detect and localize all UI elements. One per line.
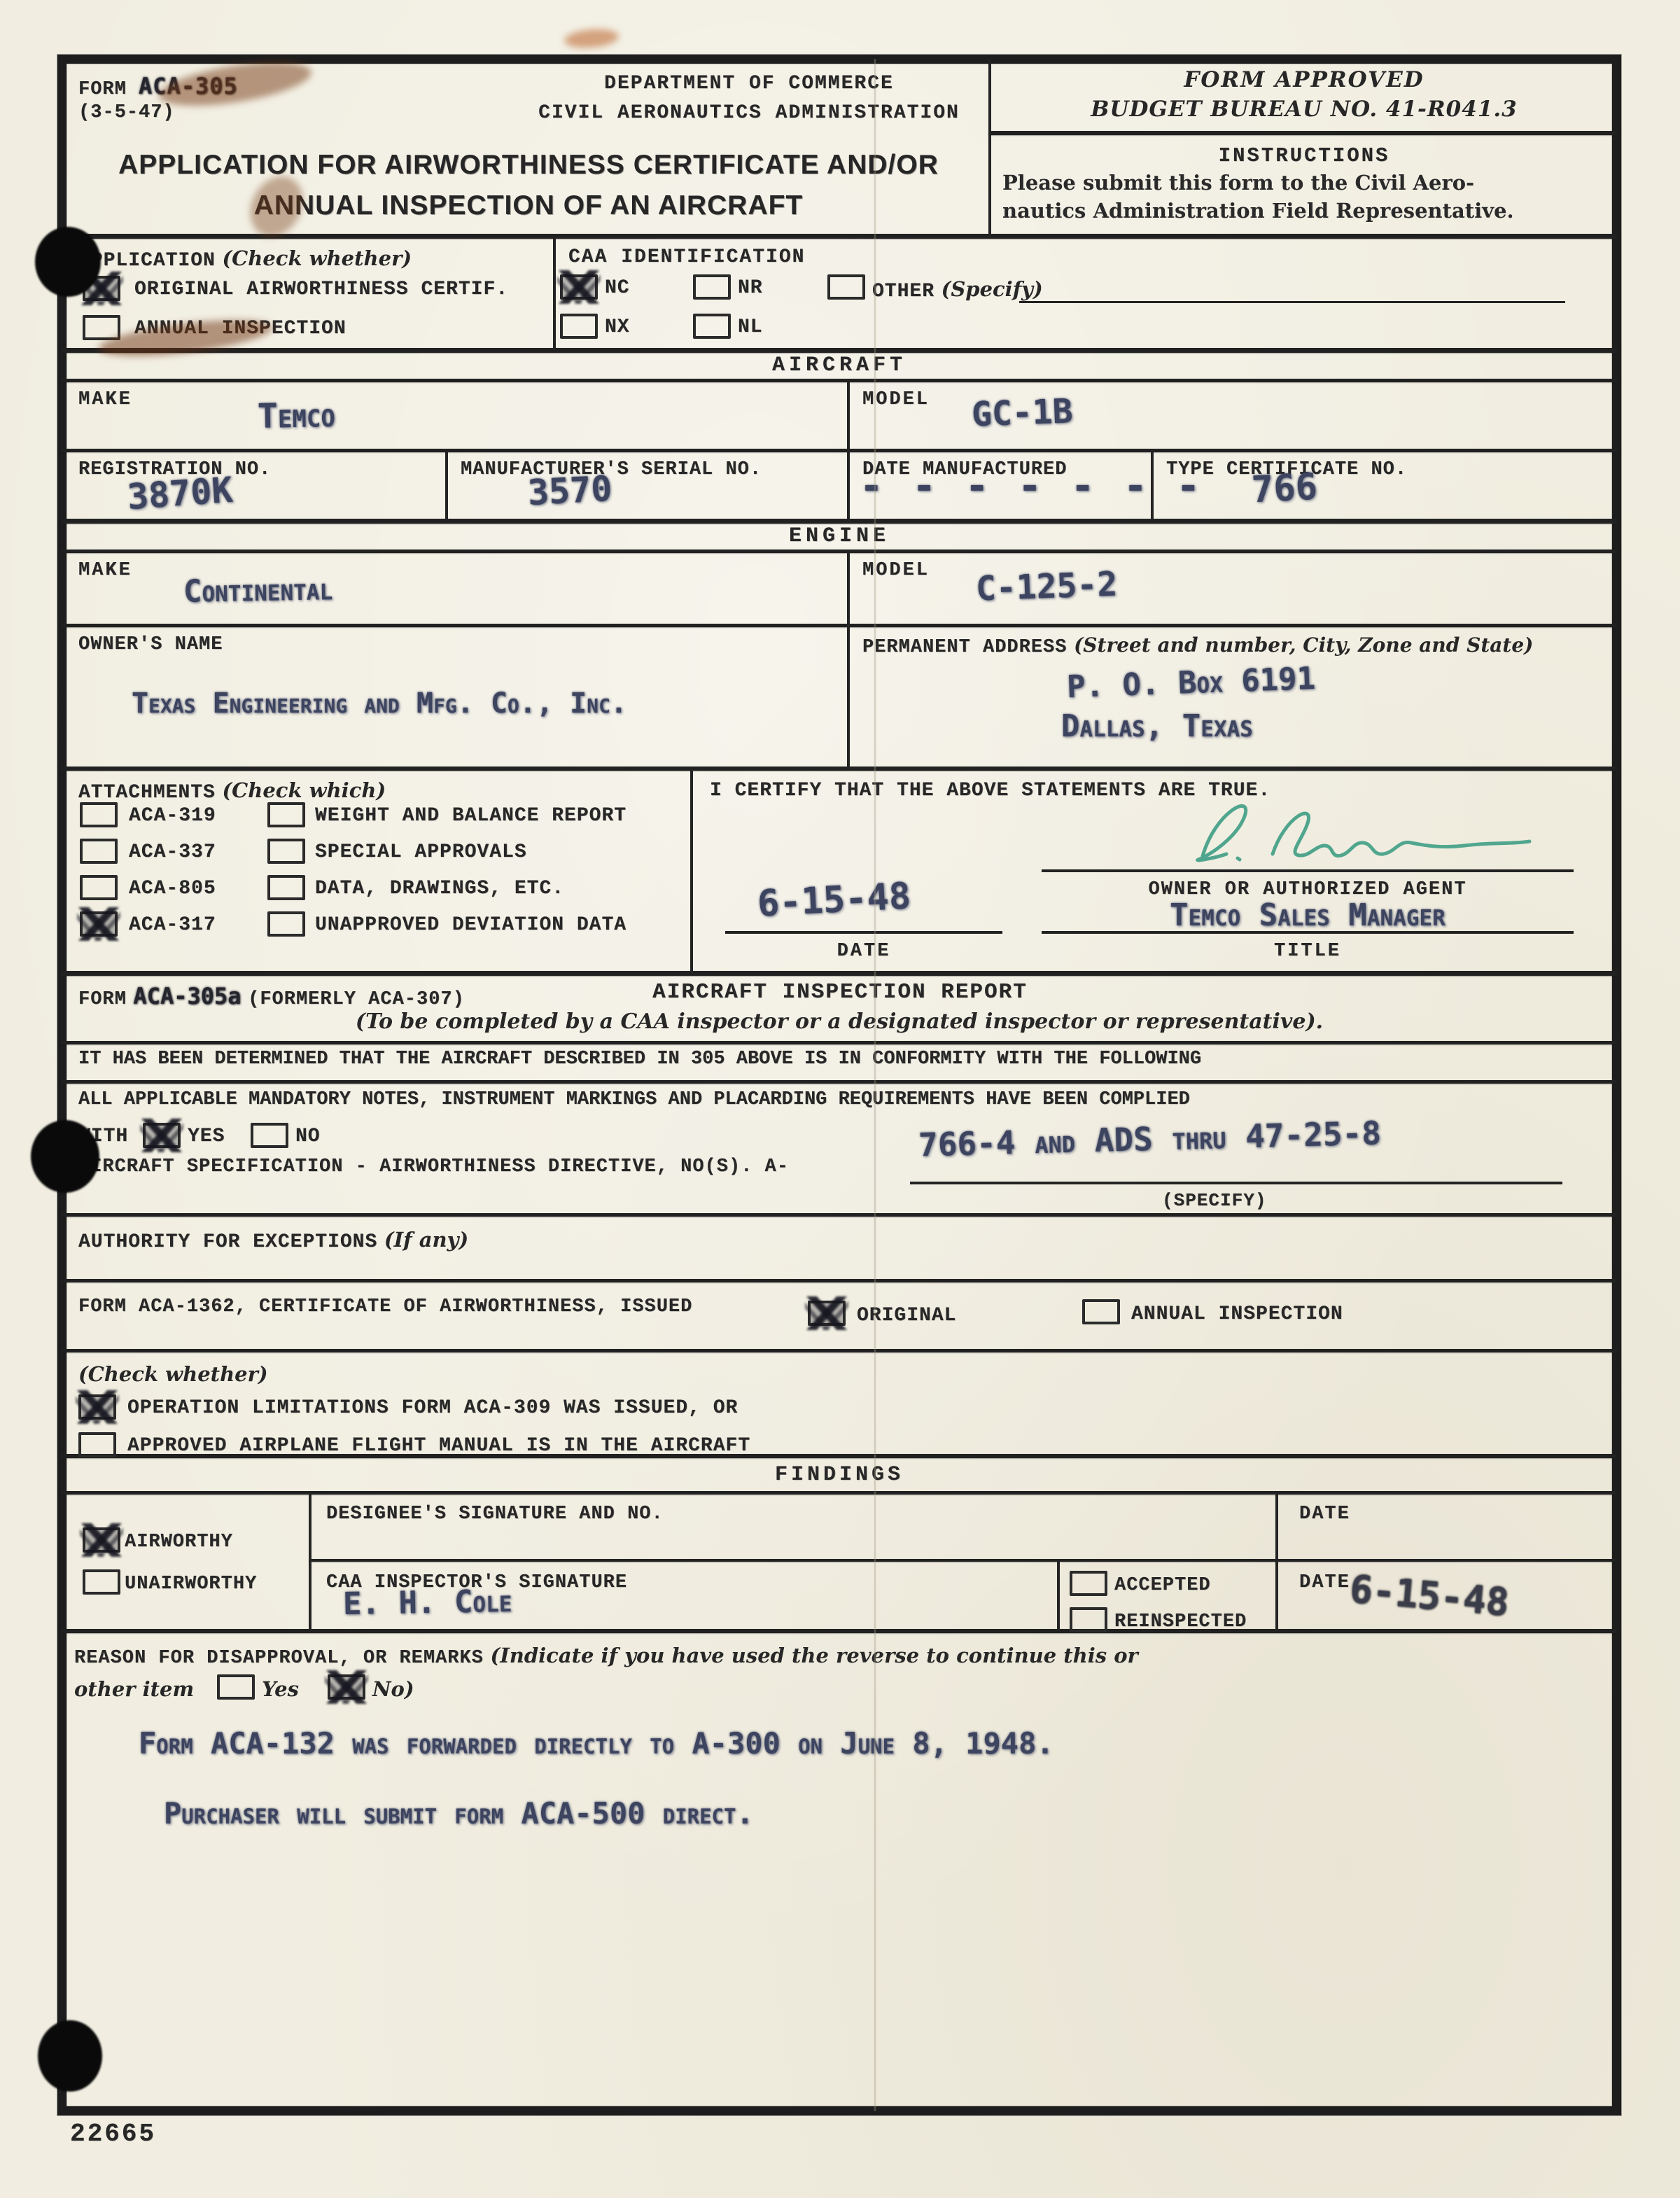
divider-line [847, 552, 850, 769]
checkbox-data-drawings [267, 875, 305, 900]
engine-make-value: Continental [183, 571, 333, 610]
divider-line [62, 449, 1617, 452]
checkbox-unapproved-deviation [267, 911, 305, 937]
divider-line [62, 234, 1617, 239]
checkbox-nx [560, 314, 598, 339]
remarks-yes-label: Yes [262, 1677, 299, 1701]
divider-line [62, 379, 1617, 382]
engine-model-value: C-125-2 [975, 564, 1118, 608]
divider-line [62, 1041, 1617, 1044]
checkbox-weight-balance [267, 802, 305, 827]
remarks-label-line2: other item [74, 1677, 194, 1701]
remarks-line1: Form ACA-132 was forwarded directly to A… [139, 1726, 1054, 1760]
checkbox-oplim-issued [78, 1394, 116, 1420]
checkbox-nr [693, 274, 731, 300]
form-date: (3-5-47) [78, 102, 175, 123]
inspection-form-prefix: FORM [78, 989, 127, 1010]
divider-line [62, 519, 1617, 524]
weight-balance-label: WEIGHT AND BALANCE REPORT [315, 805, 626, 827]
inspection-form-number: FORM ACA-305a (FORMERLY ACA-307) [78, 983, 465, 1010]
certify-title-value: Temco Sales Manager [1042, 897, 1574, 933]
nx-label: NX [605, 316, 630, 338]
checkbox-remarks-yes [217, 1674, 255, 1700]
date-manufactured-value: - - - - - - - [860, 463, 1203, 509]
unairworthy-label: UNAIRWORTHY [125, 1574, 257, 1595]
checkbox-annual-inspection [83, 315, 120, 340]
attachments-check-which: (Check which) [222, 778, 386, 802]
aircraft-make-label: MAKE [78, 389, 132, 410]
designee-signature-label: DESIGNEE'S SIGNATURE AND NO. [326, 1504, 664, 1525]
owner-name-value: Texas Engineering and Mfg. Co., Inc. [132, 687, 627, 720]
engine-section-title: ENGINE [62, 524, 1617, 548]
data-drawings-label: DATA, DRAWINGS, ETC. [315, 878, 564, 899]
certify-title-line [1042, 931, 1574, 934]
other-label: OTHER (Specify) [872, 277, 1043, 302]
divider-line [62, 1080, 1617, 1084]
checkbox-aca-319 [80, 802, 118, 827]
punch-hole-bottom [38, 2020, 102, 2092]
permanent-address-italic: (Street and number, City, Zone and State… [1074, 633, 1533, 657]
cert-original-label: ORIGINAL [857, 1305, 956, 1326]
owner-name-label: OWNER'S NAME [78, 634, 223, 655]
instructions-body-line2: nautics Administration Field Representat… [1002, 199, 1514, 223]
complied-no-label: NO [295, 1126, 321, 1147]
aca-337-label: ACA-337 [129, 841, 216, 863]
aircraft-make-value: Temco [258, 395, 336, 436]
aircraft-model-label: MODEL [862, 389, 930, 410]
nl-label: NL [738, 316, 763, 338]
inspection-title: AIRCRAFT INSPECTION REPORT [532, 980, 1148, 1004]
checkbox-cert-original [808, 1301, 846, 1326]
serial-value: 3570 [527, 468, 613, 513]
permanent-address-label: PERMANENT ADDRESS (Street and number, Ci… [862, 631, 1597, 663]
certify-date-value: 6-15-48 [757, 875, 912, 925]
checkbox-cert-annual [1082, 1299, 1120, 1324]
divider-line [847, 381, 850, 521]
divider-line [62, 766, 1617, 771]
footer-serial-number: 22665 [70, 2120, 156, 2148]
certify-date-line [725, 931, 1002, 934]
dept-line1: DEPARTMENT OF COMMERCE [518, 73, 980, 94]
applicable-text: ALL APPLICABLE MANDATORY NOTES, INSTRUME… [78, 1089, 1190, 1110]
remarks-no-label: No) [372, 1677, 414, 1701]
divider-line [988, 131, 1617, 135]
other-specify: (Specify) [941, 277, 1043, 301]
divider-line [62, 624, 1617, 627]
divider-line [62, 1279, 1617, 1282]
certify-date-label: DATE [725, 941, 1002, 962]
instructions-body-line1: Please submit this form to the Civil Aer… [1002, 171, 1474, 195]
ink-stain [563, 27, 619, 50]
inspection-form-stamp: ACA-305a [133, 983, 241, 1009]
divider-line [62, 549, 1617, 553]
spec-directive-label: AIRCRAFT SPECIFICATION - AIRWORTHINESS D… [78, 1156, 789, 1177]
divider-line [1057, 1561, 1060, 1631]
certify-title-label: TITLE [1042, 941, 1574, 962]
divider-line [62, 348, 1617, 353]
oplim-issued-label: OPERATION LIMITATIONS FORM ACA-309 WAS I… [127, 1397, 738, 1419]
authority-exceptions-label: AUTHORITY FOR EXCEPTIONS (If any) [78, 1228, 468, 1253]
original-airworthiness-label: ORIGINAL AIRWORTHINESS CERTIF. [134, 279, 508, 300]
registration-value: 3870K [126, 470, 234, 517]
checkbox-airworthy [83, 1527, 120, 1553]
checkbox-unairworthy [83, 1569, 120, 1595]
remarks-italic1: (Indicate if you have used the reverse t… [491, 1644, 1138, 1667]
divider-line [309, 1559, 1617, 1562]
findings-section-title: FINDINGS [62, 1463, 1617, 1487]
type-certificate-value: 766 [1250, 466, 1318, 512]
checkbox-aca-337 [80, 839, 118, 864]
aca-319-label: ACA-319 [129, 805, 216, 827]
divider-line [445, 451, 448, 521]
aircraft-section-title: AIRCRAFT [62, 353, 1617, 377]
engine-model-label: MODEL [862, 560, 930, 581]
remarks-label-line1: REASON FOR DISAPPROVAL, OR REMARKS (Indi… [74, 1644, 1138, 1669]
cert-annual-label: ANNUAL INSPECTION [1131, 1303, 1343, 1325]
checkbox-complied-no [251, 1123, 288, 1148]
nr-label: NR [738, 277, 763, 299]
airworthy-label: AIRWORTHY [125, 1532, 233, 1553]
form-approved-line1: FORM APPROVED [991, 67, 1617, 92]
findings-date-label1: DATE [1299, 1504, 1350, 1525]
oplim-check-whether: (Check whether) [78, 1362, 268, 1386]
checkbox-aca-317 [80, 911, 118, 937]
complied-yes-label: YES [188, 1126, 225, 1147]
scanned-form-page: FORM ACA-305 (3-5-47) DEPARTMENT OF COMM… [0, 0, 1680, 2198]
form-title-line1: APPLICATION FOR AIRWORTHINESS CERTIFICAT… [84, 150, 973, 181]
permanent-address-label-text: PERMANENT ADDRESS [862, 637, 1067, 658]
findings-date-label2: DATE [1299, 1572, 1350, 1593]
form-number-prefix: FORM [78, 79, 127, 100]
other-specify-line [1019, 301, 1565, 303]
divider-line [62, 1213, 1617, 1217]
dept-line2: CIVIL AERONAUTICS ADMINISTRATION [518, 102, 980, 124]
checkbox-reinspected [1070, 1607, 1107, 1632]
address-line2: Dallas, Texas [1061, 708, 1253, 744]
application-label: APPLICATION (Check whether) [78, 246, 412, 272]
checkbox-complied-yes [143, 1123, 181, 1148]
authority-exceptions-text: AUTHORITY FOR EXCEPTIONS [78, 1231, 377, 1253]
aca-805-label: ACA-805 [129, 878, 216, 899]
form-title-line2: ANNUAL INSPECTION OF AN AIRCRAFT [84, 190, 973, 221]
checkbox-nl [693, 314, 731, 339]
divider-line [62, 1349, 1617, 1352]
flight-manual-label: APPROVED AIRPLANE FLIGHT MANUAL IS IN TH… [127, 1435, 750, 1457]
caa-identification-label: CAA IDENTIFICATION [568, 246, 805, 268]
inspection-subtitle: (To be completed by a CAA inspector or a… [62, 1009, 1617, 1034]
checkbox-nc [560, 274, 598, 300]
attachments-label-text: ATTACHMENTS [78, 782, 216, 804]
aircraft-model-value: GC-1B [971, 391, 1073, 434]
inspector-signature-value: E. H. Cole [343, 1583, 512, 1622]
divider-line [1275, 1493, 1278, 1631]
specify-label: (SPECIFY) [1162, 1190, 1266, 1211]
punch-hole-top [35, 227, 101, 297]
spec-directive-line [910, 1182, 1562, 1184]
reinspected-label: REINSPECTED [1114, 1611, 1247, 1632]
checkbox-flight-manual [78, 1432, 116, 1457]
paper-crease [874, 59, 876, 2111]
checkbox-aca-805 [80, 875, 118, 900]
application-check-whether: (Check whether) [222, 246, 412, 270]
aca-317-label: ACA-317 [129, 914, 216, 936]
unapproved-deviation-label: UNAPPROVED DEVIATION DATA [315, 914, 626, 936]
checkbox-remarks-no [328, 1674, 365, 1700]
engine-make-label: MAKE [78, 560, 132, 581]
checkbox-special-approvals [267, 839, 305, 864]
owner-signature [1148, 783, 1540, 874]
remarks-label-text: REASON FOR DISAPPROVAL, OR REMARKS [74, 1648, 484, 1669]
checkbox-accepted [1070, 1571, 1107, 1596]
inspection-formerly: (FORMERLY ACA-307) [248, 989, 465, 1010]
divider-line [62, 1491, 1617, 1494]
accepted-label: ACCEPTED [1114, 1575, 1211, 1596]
checkbox-other [827, 274, 865, 300]
divider-line [62, 971, 1617, 976]
divider-line [553, 237, 556, 350]
instructions-title: INSTRUCTIONS [991, 144, 1617, 167]
remarks-line2: Purchaser will submit form ACA-500 direc… [164, 1796, 754, 1830]
divider-line [62, 1629, 1617, 1633]
nc-label: NC [605, 277, 630, 299]
other-label-text: OTHER [872, 281, 934, 302]
form-approved-line2: BUDGET BUREAU NO. 41-R041.3 [991, 97, 1617, 122]
attachments-label: ATTACHMENTS (Check which) [78, 778, 386, 804]
special-approvals-label: SPECIAL APPROVALS [315, 841, 527, 863]
divider-line [690, 769, 693, 973]
punch-hole-middle [31, 1120, 99, 1193]
signature-line [1042, 869, 1574, 872]
cert-1362-label: FORM ACA-1362, CERTIFICATE OF AIRWORTHIN… [78, 1296, 692, 1317]
authority-exceptions-italic: (If any) [384, 1228, 468, 1252]
determined-text: IT HAS BEEN DETERMINED THAT THE AIRCRAFT… [78, 1049, 1201, 1070]
divider-line [309, 1493, 311, 1631]
